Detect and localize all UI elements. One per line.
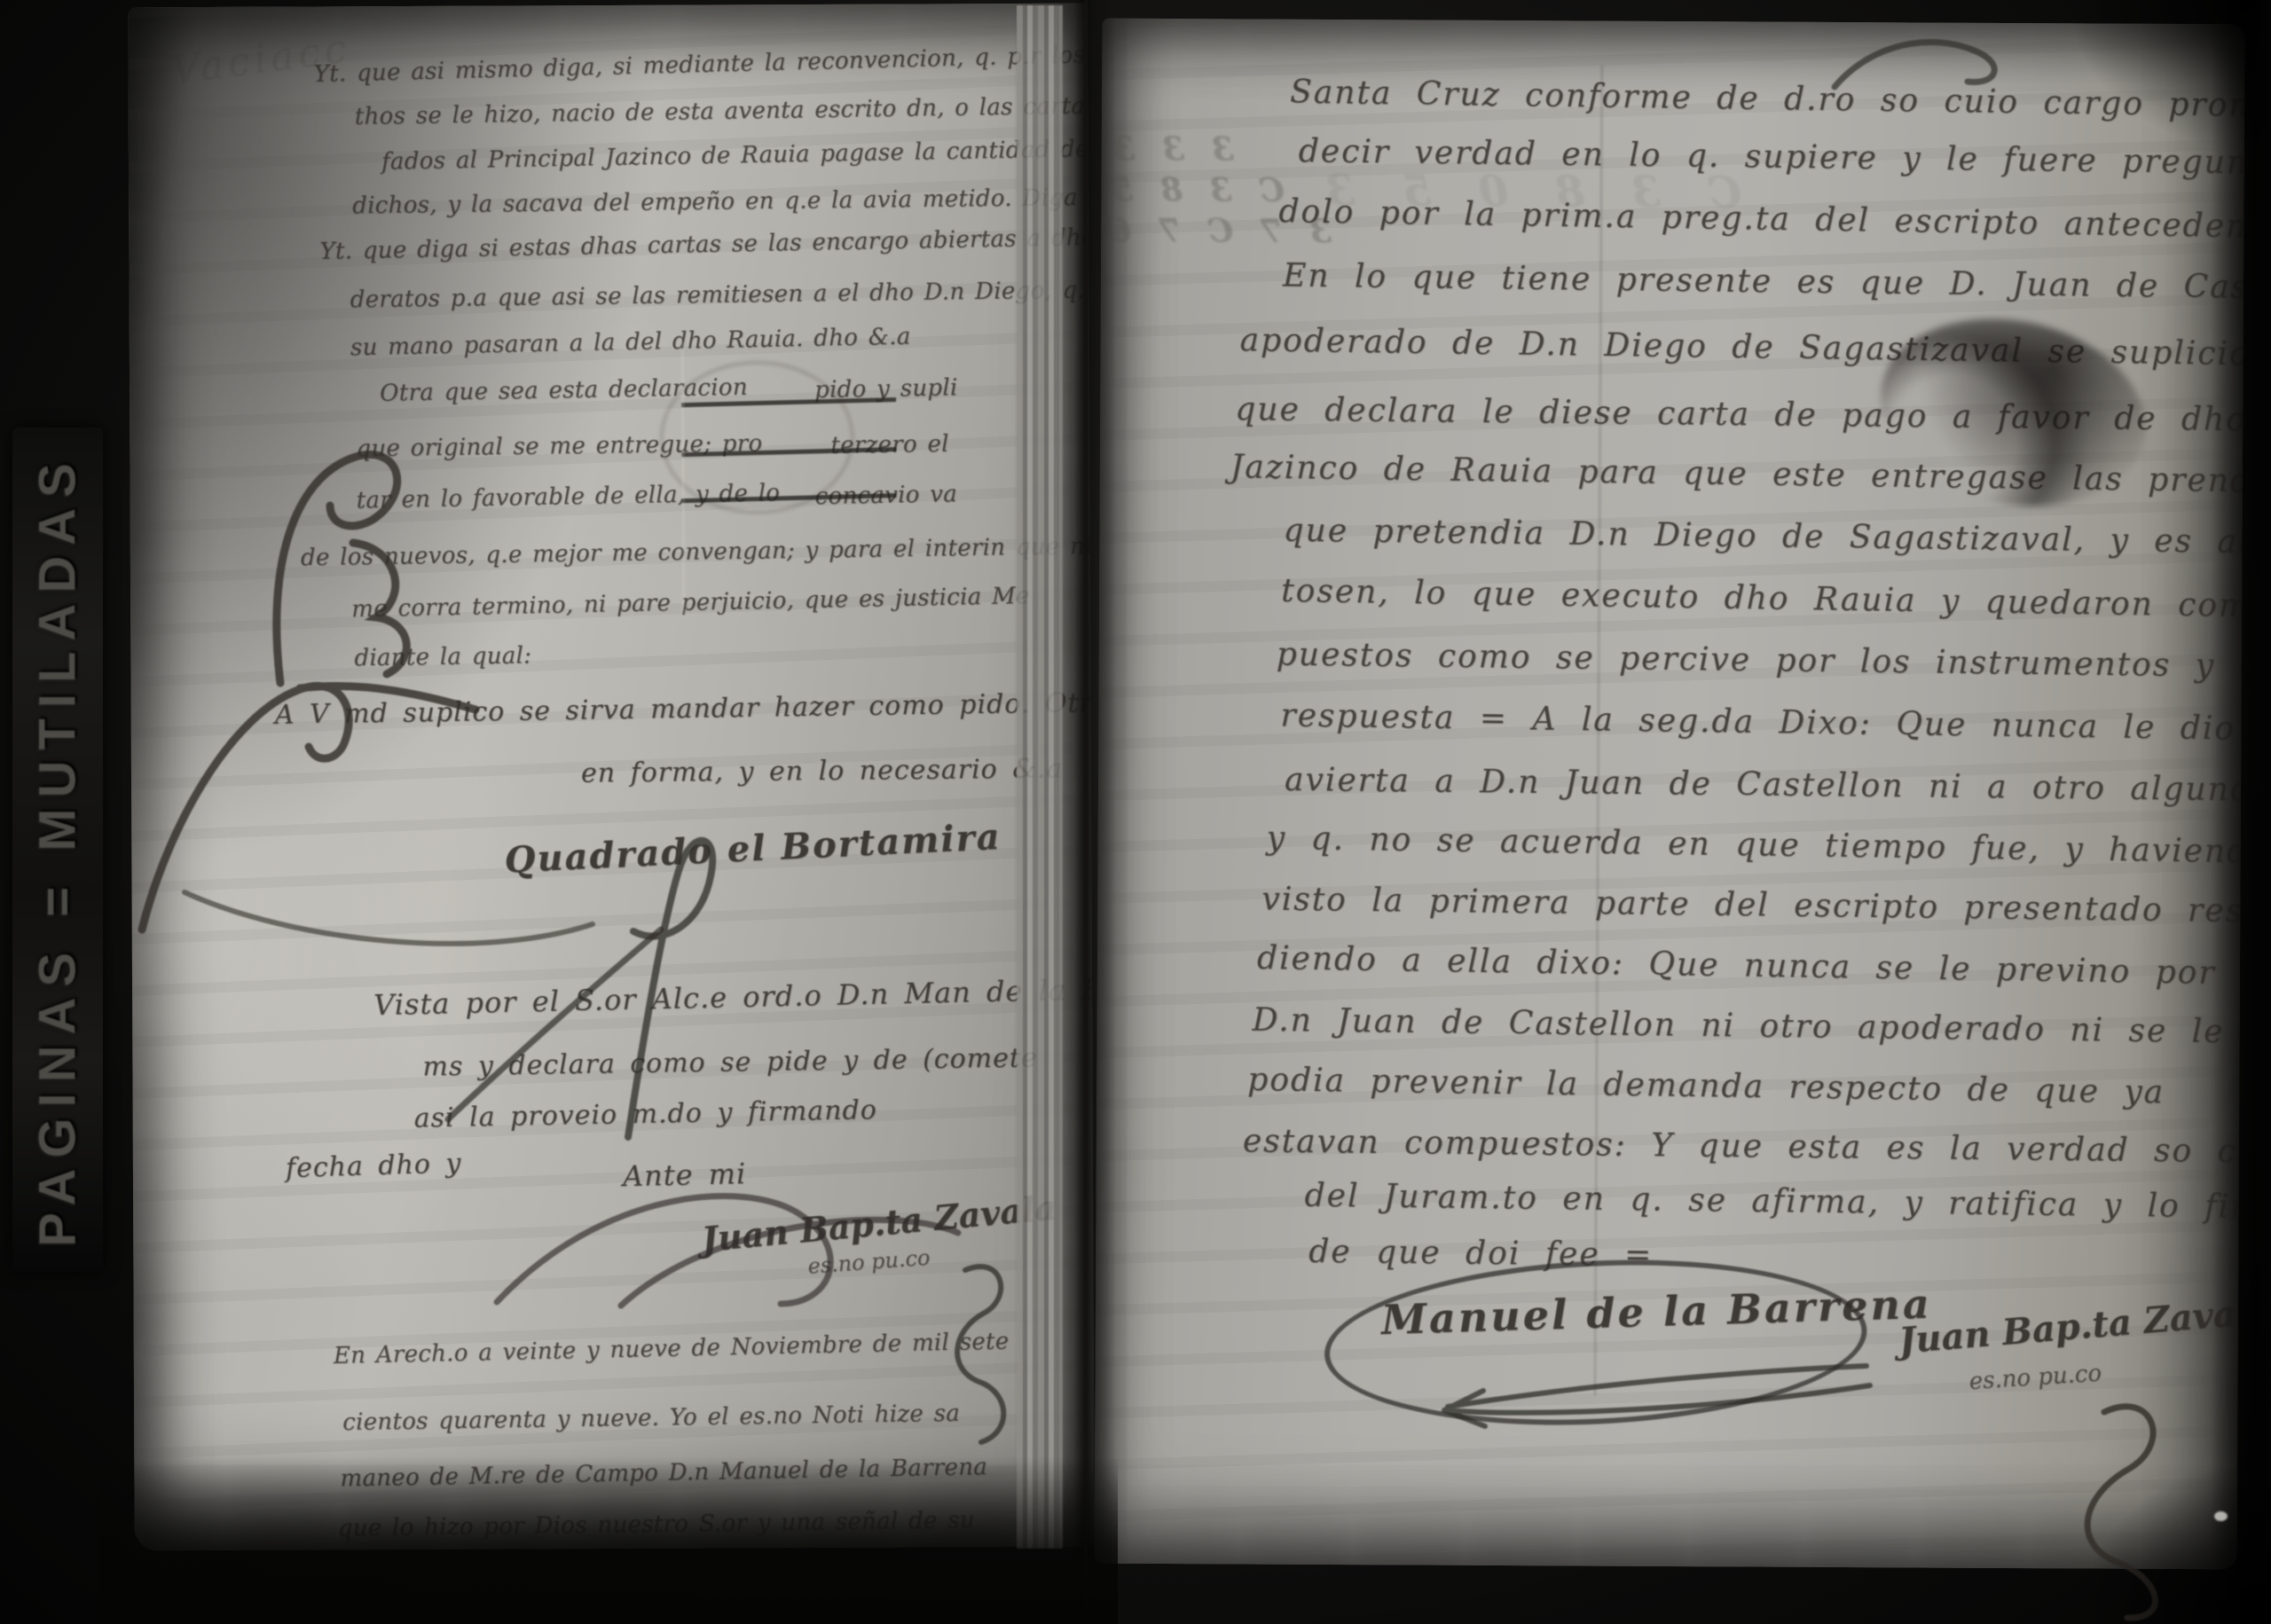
manuscript-line: En lo que tiene presente es que D. Juan …	[1283, 258, 2245, 308]
manuscript-line: visto la primera parte del escripto pres…	[1261, 881, 2244, 930]
manuscript-line: me corra termino, ni pare perjuicio, que…	[351, 583, 1030, 623]
closing-line: En Arech.o a veinte y nueve de Noviembre…	[334, 1328, 1010, 1369]
page-stack-edges	[1017, 5, 1063, 1549]
closing-line: cientos quarenta y nueve. Yo el es.no No…	[342, 1400, 960, 1436]
manuscript-line: diendo a ella dixo: Que nunca se le prev…	[1257, 940, 2216, 992]
bleed-stamp-row: 3 3 3	[1105, 130, 1234, 169]
mutilated-pages-stamp: PAGINAS = MUTILADAS	[12, 428, 103, 1272]
mutilated-pages-stamp-text: PAGINAS = MUTILADAS	[28, 452, 88, 1247]
paper-speck	[2214, 1511, 2228, 1521]
manuscript-line: fados al Principal Jazinco de Rauia paga…	[381, 136, 1089, 176]
decree-line: Vista por el S.or Alc.e ord.o D.n Man de…	[373, 969, 1095, 1022]
manuscript-photo: PAGINAS = MUTILADAS Vaciacc Yt. que asi …	[0, 0, 2271, 1624]
manuscript-line: de los nuevos, q.e mejor me convengan; y…	[301, 533, 1093, 571]
dark-corner-bottom-right	[2085, 1463, 2271, 1624]
closing-line: maneo de M.re de Campo D.n Manuel de la …	[340, 1454, 987, 1492]
manuscript-line: avierta a D.n Juan de Castellon ni a otr…	[1285, 762, 2245, 808]
petition-line: A V md suplico se sirva mandar hazer com…	[274, 686, 1094, 731]
manuscript-line: respuesta = A la seg.da Dixo: Que nunca …	[1280, 697, 2244, 749]
manuscript-line: deratos p.a que asi se las remitiesen a …	[350, 276, 1094, 313]
manuscript-line: podia prevenir la demanda respecto de qu…	[1247, 1062, 2165, 1110]
bleed-stamp-row: C 3 8 5	[1103, 171, 1285, 209]
decree-line: asi la proveio m.do y firmando	[413, 1094, 877, 1134]
counsel-signature: Quadrado el Bortamira	[504, 816, 1002, 882]
manuscript-line: su mano pasaran a la del dho Rauia. dho …	[350, 324, 911, 362]
left-page: Vaciacc Yt. que asi mismo diga, si media…	[128, 4, 1095, 1551]
scribe-title: es.no pu.co	[807, 1245, 931, 1279]
manuscript-line: thos se le hizo, nacio de esta aventa es…	[355, 92, 1095, 130]
ante-mi-label: Ante mi	[623, 1157, 747, 1193]
manuscript-line: tosen, lo que executo dho Rauia y quedar…	[1281, 573, 2245, 625]
manuscript-line: D.n Juan de Castellon ni otro apoderado …	[1252, 1002, 2224, 1050]
paper-seal-circle	[660, 361, 854, 514]
manuscript-line: estavan compuestos: Y que esta es la ver…	[1243, 1123, 2245, 1171]
decree-line: ms y declara como se pide y de (comete	[422, 1042, 1038, 1082]
closing-line: que lo hizo por Dios nuestro S.or y una …	[338, 1507, 976, 1542]
manuscript-line: que pretendia D.n Diego de Sagastizaval,…	[1283, 513, 2244, 561]
manuscript-line: Yt. que diga si estas dhas cartas se las…	[319, 224, 1095, 265]
manuscript-line: Yt. que asi mismo diga, si mediante la r…	[313, 41, 1095, 88]
petition-line: en forma, y en lo necesario &.a	[581, 753, 1064, 788]
manuscript-line: dichos, y la sacava del empeño en q.e la…	[352, 184, 1095, 220]
dark-edge-right	[2211, 0, 2271, 1624]
manuscript-line: diante la qual:	[354, 642, 531, 671]
decree-dateline: fecha dho y	[285, 1148, 461, 1184]
manuscript-line: del Juram.to en q. se afirma, y ratifica…	[1304, 1178, 2244, 1228]
scribe-signature: Juan Bap.ta Zavala	[1898, 1290, 2245, 1361]
manuscript-line: dolo por la prim.a preg.ta del escripto …	[1278, 193, 2244, 247]
right-page: 3 3 3 C 3 8 5 3 7 C 7 6 C 3 8 0 5 3 Sant…	[1094, 19, 2244, 1570]
scribe-title: es.no pu.co	[1968, 1360, 2102, 1395]
manuscript-line: y q. no se acuerda en que tiempo fue, y …	[1266, 820, 2244, 871]
manuscript-line: puestos como se percive por los instrume…	[1277, 637, 2245, 686]
